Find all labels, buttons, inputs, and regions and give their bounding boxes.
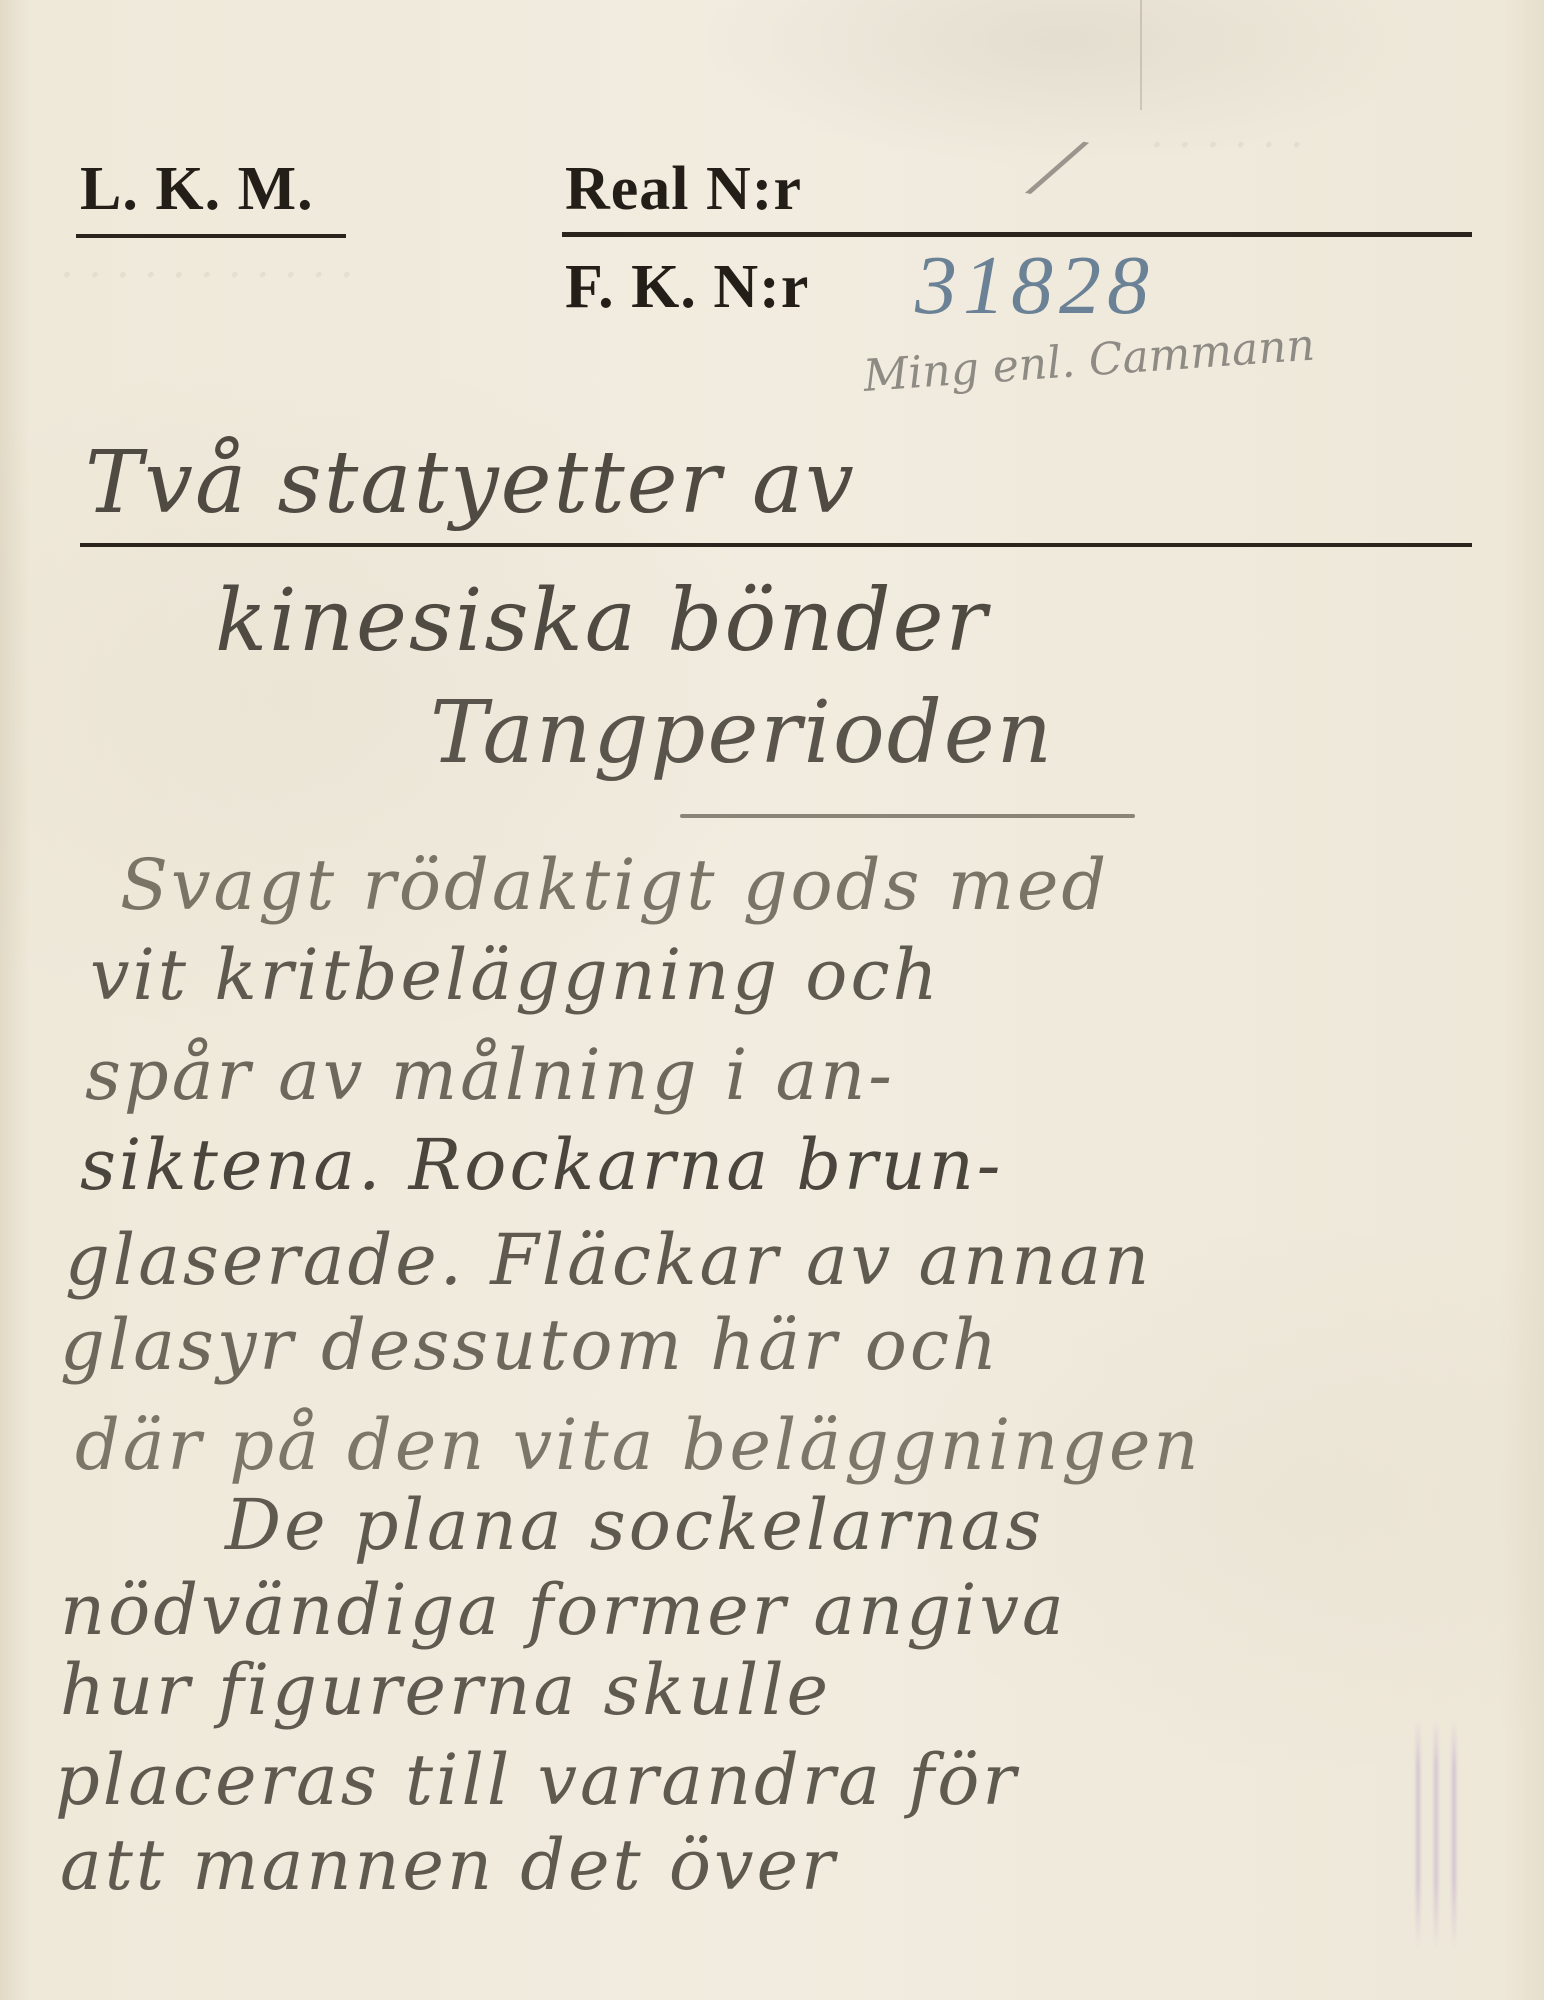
body-line-12: att mannen det över: [60, 1830, 837, 1900]
body-line-8: De plana sockelarnas: [225, 1490, 1044, 1560]
title-rule: [80, 543, 1472, 547]
title-line-3: Tangperioden: [430, 690, 1054, 776]
body-line-11: placeras till varandra för: [55, 1745, 1019, 1815]
body-line-7: där på den vita beläggningen: [75, 1410, 1202, 1480]
bleed-through-text: · · · · · ·: [1150, 120, 1304, 171]
fk-nr-value: 31828: [915, 244, 1155, 328]
institution-underline: [76, 234, 346, 238]
pencil-annotation: Ming enl. Cammann: [862, 324, 1316, 399]
catalog-card: · · · · · · · · · · · · · · · · · L. K. …: [0, 0, 1544, 2000]
real-nr-label: Real N:r: [565, 158, 802, 220]
title-line-1: Två statyetter av: [85, 440, 856, 526]
purple-ink-stain: [1410, 1720, 1470, 1950]
body-line-5: glaserade. Fläckar av annan: [65, 1225, 1152, 1295]
institution-abbreviation: L. K. M.: [80, 158, 314, 220]
bleed-through-text: · · · · · · · · · · ·: [60, 250, 354, 301]
fk-nr-label: F. K. N:r: [565, 256, 809, 318]
body-line-9: nödvändiga former angiva: [60, 1575, 1067, 1645]
body-line-1: Svagt rödaktigt gods med: [120, 850, 1109, 920]
body-line-3: spår av målning i an-: [85, 1040, 895, 1110]
real-nr-pencil-mark: ⁄: [1043, 129, 1070, 210]
body-line-2: vit kritbeläggning och: [90, 940, 941, 1010]
body-line-4: siktena. Rockarna brun-: [80, 1130, 1003, 1200]
body-line-10: hur figurerna skulle: [60, 1655, 831, 1725]
paper-crease: [1140, 0, 1142, 110]
body-line-6: glasyr dessutom här och: [60, 1310, 1000, 1380]
title-handwritten-underline: [680, 814, 1135, 818]
title-line-2: kinesiska bönder: [215, 578, 989, 664]
header-rule: [562, 232, 1472, 237]
